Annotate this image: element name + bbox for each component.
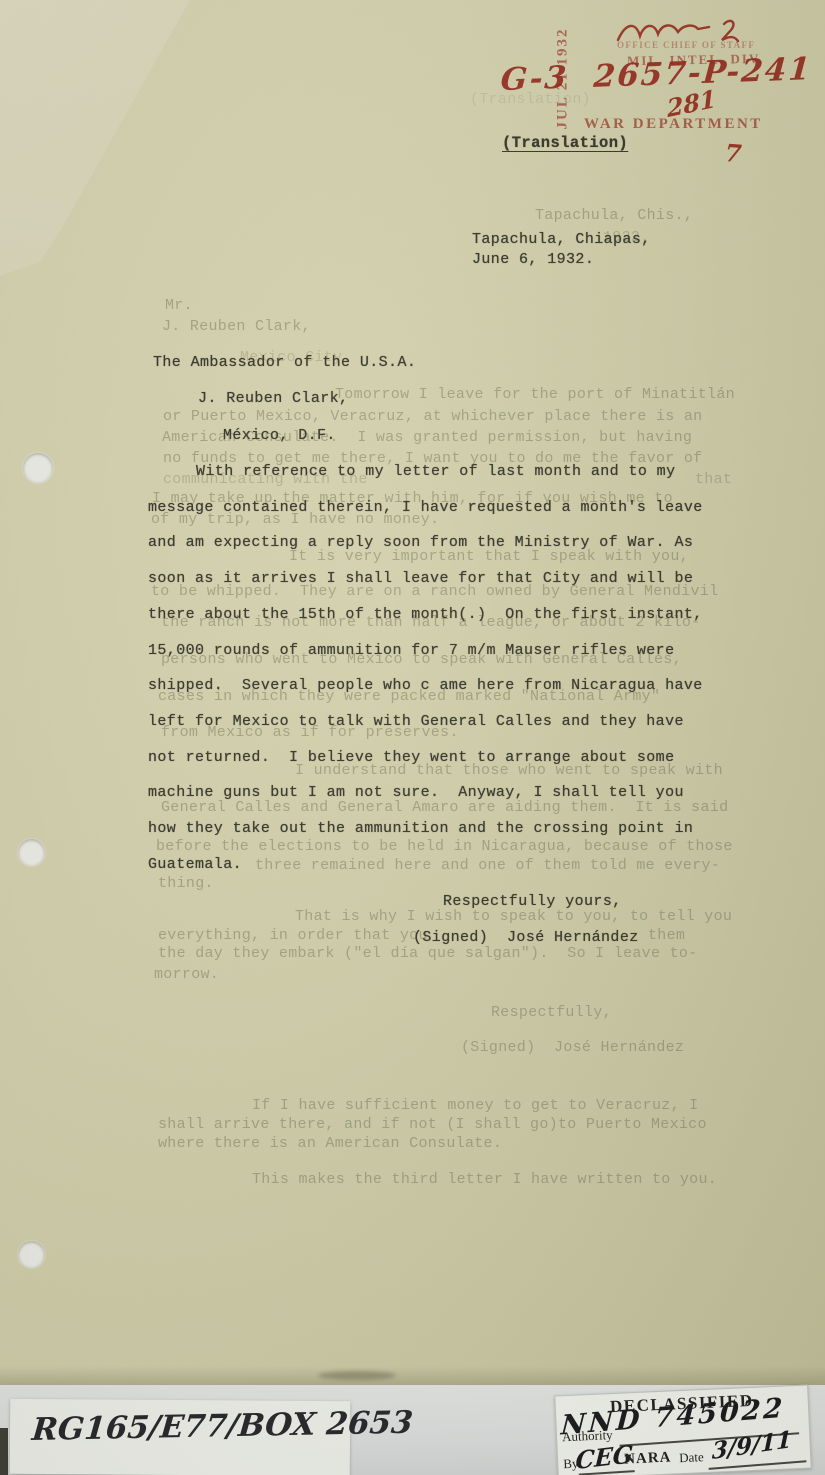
- typed-line: Guatemala.: [148, 855, 242, 874]
- ghost-line: everything, in order that you: [158, 926, 428, 945]
- typed-line: how they take out the ammunition and the…: [148, 819, 693, 838]
- declassified-date-label: Date: [679, 1449, 704, 1466]
- signature-line: (Signed) José Hernández: [413, 928, 639, 947]
- recipient-city-line: México, D.F.: [223, 426, 336, 445]
- ghost-line: thing.: [158, 874, 214, 893]
- translation-heading: (Translation): [502, 134, 628, 153]
- ghost-line: shall arrive there, and if not (I shall …: [158, 1115, 707, 1134]
- ghost-line: J. Reuben Clark,: [162, 317, 311, 336]
- closing-line: Respectfully yours,: [443, 892, 622, 911]
- ghost-line: If I have sufficient money to get to Ver…: [252, 1096, 698, 1115]
- place-line: Tapachula, Chiapas,: [472, 230, 651, 249]
- punch-hole: [18, 1241, 45, 1268]
- ghost-line: before the elections to be held in Nicar…: [156, 837, 733, 856]
- typed-line: soon as it arrives I shall leave for tha…: [148, 569, 693, 588]
- declassified-date-value: 3/9/11: [712, 1426, 793, 1465]
- red-page-number-annotation: 7: [724, 138, 743, 168]
- ghost-line: where there is an American Consulate.: [158, 1134, 502, 1153]
- scanned-document-photo: (Translation)Tapachula, Chis.,1932.Mr.J.…: [0, 0, 825, 1475]
- punch-hole: [23, 453, 53, 483]
- page-bottom-edge-shadow: [0, 1366, 825, 1385]
- ghost-line: Tapachula, Chis.,: [535, 206, 693, 225]
- recipient-name-line: J. Reuben Clark,: [198, 389, 348, 408]
- ghost-line: or Puerto Mexico, Veracruz, at whichever…: [163, 407, 702, 426]
- ghost-line: morrow.: [154, 965, 219, 984]
- declassified-stamp: DECLASSIFIED NND 745022 Authority By CEG…: [554, 1385, 811, 1475]
- archive-label-text: RG165/E77/BOX 2653: [31, 1405, 415, 1448]
- ghost-line: Respectfully,: [491, 1003, 612, 1022]
- typed-line: With reference to my letter of last mont…: [196, 462, 675, 481]
- typed-line: there about the 15th of the month(.) On …: [148, 605, 703, 624]
- typed-line: 15,000 rounds of ammunition for 7 m/m Ma…: [148, 641, 674, 660]
- stamp-office-chief-of-staff: OFFICE CHIEF OF STAFF: [617, 40, 755, 50]
- ghost-line: This makes the third letter I have writt…: [252, 1170, 717, 1189]
- pencil-smudge: [318, 1371, 396, 1380]
- recipient-title-line: The Ambassador of the U.S.A.: [153, 353, 416, 372]
- ghost-line: Tomorrow I leave for the port of Minatit…: [335, 385, 735, 404]
- ghost-line: (Signed) José Hernández: [461, 1038, 684, 1057]
- ghost-line: Mr.: [165, 296, 193, 315]
- ghost-line: three remained here and one of them told…: [255, 856, 720, 875]
- punch-hole: [18, 839, 45, 866]
- typed-line: shipped. Several people who c ame here f…: [148, 676, 703, 695]
- ghost-line: them: [648, 926, 685, 945]
- typed-line: machine guns but I am not sure. Anyway, …: [148, 783, 684, 802]
- typed-line: not returned. I believe they went to arr…: [148, 748, 674, 767]
- background-gap: [0, 1428, 8, 1475]
- date-line: June 6, 1932.: [472, 250, 594, 269]
- ghost-line: that: [695, 470, 732, 489]
- typed-line: left for Mexico to talk with General Cal…: [148, 712, 684, 731]
- archive-label-card: RG165/E77/BOX 2653: [10, 1399, 351, 1475]
- typed-line: and am expecting a reply soon from the M…: [148, 533, 693, 552]
- typed-line: message contained therein, I have reques…: [148, 498, 703, 517]
- declassified-agency: NARA: [624, 1450, 672, 1469]
